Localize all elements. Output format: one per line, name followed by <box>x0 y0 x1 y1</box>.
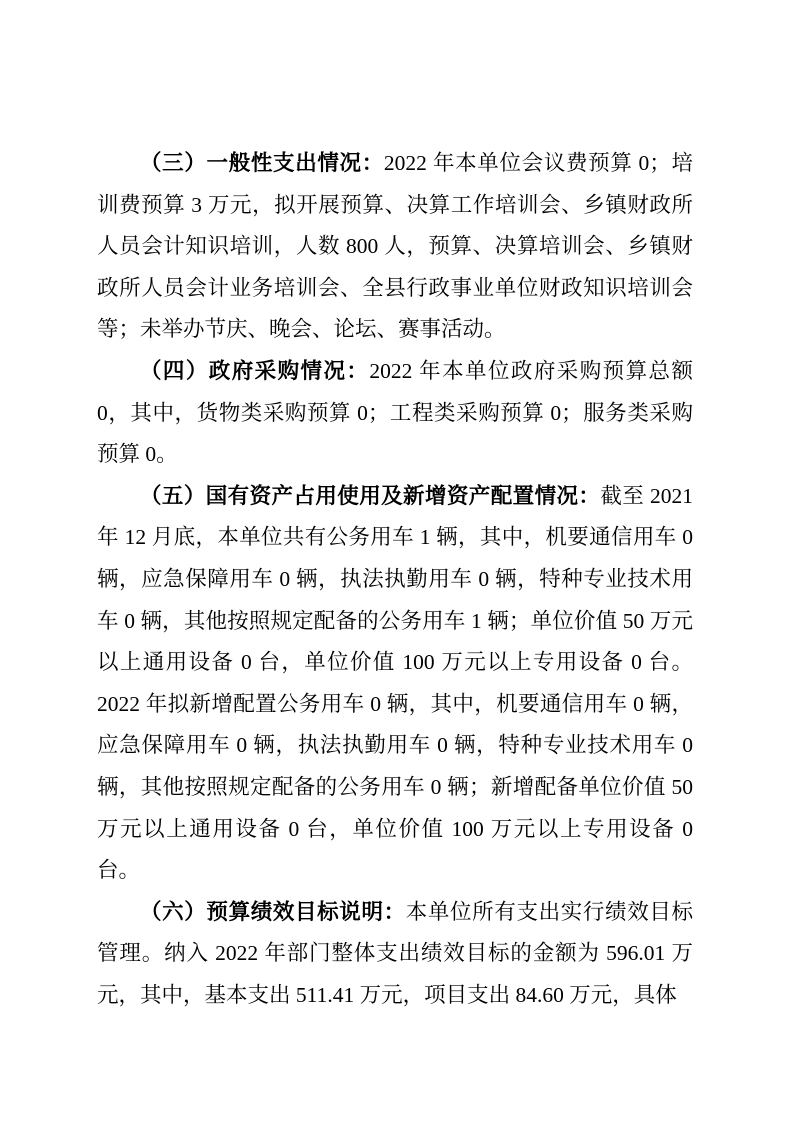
paragraph-heading: （四）政府采购情况： <box>140 359 369 383</box>
paragraph-state-assets: （五）国有资产占用使用及新增资产配置情况：截至 2021 年 12 月底，本单位… <box>97 476 693 892</box>
paragraph-general-expenditure: （三）一般性支出情况：2022 年本单位会议费预算 0；培训费预算 3 万元，拟… <box>97 143 693 351</box>
document-page: （三）一般性支出情况：2022 年本单位会议费预算 0；培训费预算 3 万元，拟… <box>0 0 793 1122</box>
paragraph-government-procurement: （四）政府采购情况：2022 年本单位政府采购预算总额 0，其中，货物类采购预算… <box>97 351 693 476</box>
document-body: （三）一般性支出情况：2022 年本单位会议费预算 0；培训费预算 3 万元，拟… <box>97 143 693 1016</box>
paragraph-heading: （三）一般性支出情况： <box>140 151 384 175</box>
paragraph-heading: （五）国有资产占用使用及新增资产配置情况： <box>140 484 600 508</box>
paragraph-body: 2022 年本单位会议费预算 0；培训费预算 3 万元，拟开展预算、决算工作培训… <box>97 151 693 341</box>
paragraph-body: 截至 2021 年 12 月底，本单位共有公务用车 1 辆，其中，机要通信用车 … <box>97 484 693 882</box>
paragraph-heading: （六）预算绩效目标说明： <box>140 900 406 924</box>
paragraph-performance-targets: （六）预算绩效目标说明：本单位所有支出实行绩效目标管理。纳入 2022 年部门整… <box>97 892 693 1017</box>
